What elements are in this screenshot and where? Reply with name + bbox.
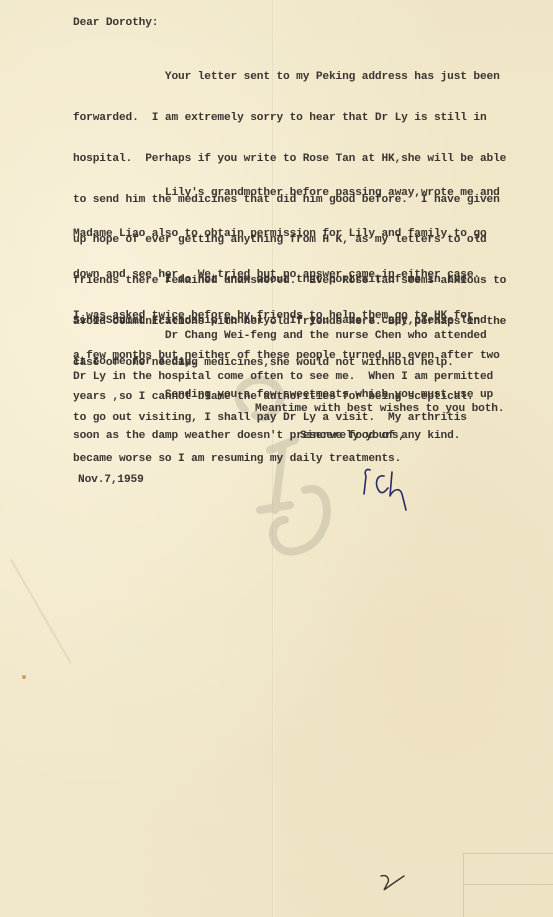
paper-stain [22,675,26,679]
text-line: Sending you a few sweetmeats which you m… [73,389,493,403]
text-line: Madame Liao also to obtain permission fo… [73,228,500,242]
text-line: Your letter sent to my Peking address ha… [73,71,506,85]
handwritten-signature [358,462,418,522]
text-line: Lily's grandmother before passing away,w… [73,187,500,201]
letter-page: Dear Dorothy: Your letter sent to my Pek… [0,0,553,917]
closing-line: Meantime with best wishes to you both. [255,403,504,417]
text-line: Dr Chang Wei-feng and the nurse Chen who… [73,330,493,344]
archive-stamp [463,853,553,917]
text-line: soon as the damp weather doesn't preserv… [73,430,493,444]
stamp-divider [464,884,553,885]
handwritten-page-number [378,870,408,894]
letter-date: Nov.7,1959 [78,474,144,488]
signoff: Sincerely yours, [300,430,405,444]
text-line: I do not know about that portrait of me … [73,274,487,288]
salutation: Dear Dorothy: [73,17,158,31]
text-line: forwarded. I am extremely sorry to hear … [73,112,506,126]
paper-crease [10,559,72,664]
